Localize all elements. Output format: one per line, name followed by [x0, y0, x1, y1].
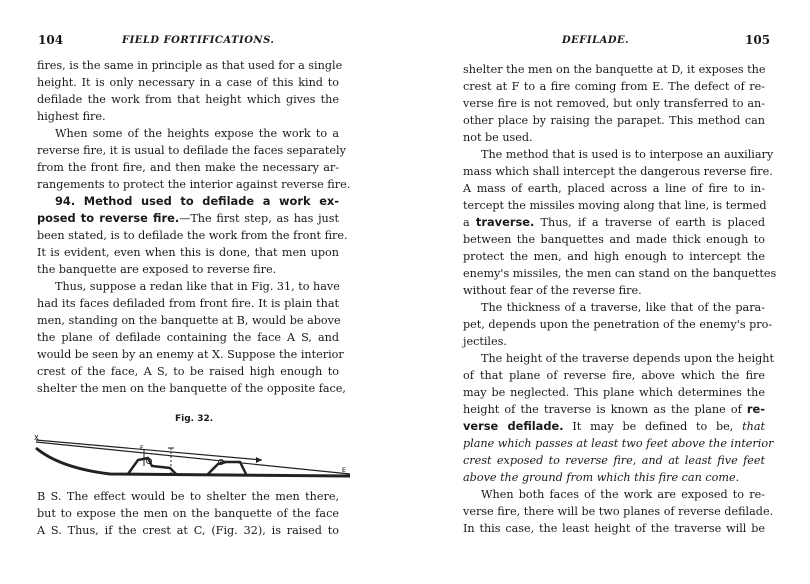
section-heading: 94. Method used to defilade a work ex-: [37, 193, 339, 210]
text-line: rangements to protect the interior again…: [37, 176, 339, 193]
text-line: tercept the missiles moving along that l…: [463, 197, 765, 214]
reverse-defilade-line-1: height of the traverse is known as the p…: [463, 401, 765, 418]
text-line: not be used.: [463, 129, 765, 146]
definition-italic: above the ground from which this fire ca…: [463, 469, 765, 486]
text-line: from the front fire, and then make the n…: [37, 159, 339, 176]
text-line: crest of the face, A S, to be raised hig…: [37, 363, 339, 380]
svg-text:F: F: [140, 445, 144, 452]
text-line: Thus, suppose a redan like that in Fig. …: [37, 278, 339, 295]
svg-text:E: E: [342, 467, 346, 474]
text-line: A S. Thus, if the crest at C, (Fig. 32),…: [37, 522, 339, 539]
text-line: shelter the men on the banquette at D, i…: [463, 61, 765, 78]
text-line: It is evident, even when this is done, t…: [37, 244, 339, 261]
running-title-left: FIELD FORTIFICATIONS.: [122, 35, 274, 46]
traverse-definition-line: a traverse. Thus, if a traverse of earth…: [463, 214, 765, 231]
text-line: enemy's missiles, the men can stand on t…: [463, 265, 765, 282]
figure-caption: Fig. 32.: [175, 414, 213, 424]
text-line: been stated, is to defilade the work fro…: [37, 227, 339, 244]
text-line: verse fire, there will be two planes of …: [463, 503, 765, 520]
svg-text:X: X: [34, 434, 39, 442]
text-line: highest fire.: [37, 108, 339, 125]
text-line: fires, is the same in principle as that …: [37, 57, 339, 74]
text-line: jectiles.: [463, 333, 765, 350]
left-text-bottom: B S. The effect would be to shelter the …: [37, 488, 339, 539]
text-line: of that plane of reverse fire, above whi…: [463, 367, 765, 384]
text-line: protect the men, and high enough to inte…: [463, 248, 765, 265]
text-line: had its faces defiladed from front fire.…: [37, 295, 339, 312]
text-line: mass which shall intercept the dangerous…: [463, 163, 765, 180]
text-line: would be seen by an enemy at X. Suppose …: [37, 346, 339, 363]
text-line: verse fire is not removed, but only tran…: [463, 95, 765, 112]
text-line: In this case, the least height of the tr…: [463, 520, 765, 537]
running-title-right: DEFILADE.: [562, 35, 629, 46]
section-heading-cont: posed to reverse fire.—The first step, a…: [37, 210, 339, 227]
text-line: The height of the traverse depends upon …: [463, 350, 765, 367]
text-line: between the banquettes and made thick en…: [463, 231, 765, 248]
right-text: shelter the men on the banquette at D, i…: [463, 61, 765, 537]
reverse-defilade-line-2: verse defilade. It may be defined to be,…: [463, 418, 765, 435]
left-page: 104 FIELD FORTIFICATIONS. fires, is the …: [0, 0, 400, 584]
definition-italic: crest exposed to reverse fire, and at le…: [463, 452, 765, 469]
right-page: DEFILADE. 105 shelter the men on the ban…: [400, 0, 810, 584]
page-number-left: 104: [38, 33, 63, 47]
text-line: other place by raising the parapet. This…: [463, 112, 765, 129]
figure-32: Fig. 32. X F E: [30, 410, 350, 490]
text-line: without fear of the reverse fire.: [463, 282, 765, 299]
text-line: may be neglected. This plane which deter…: [463, 384, 765, 401]
text-line: defilade the work from that height which…: [37, 91, 339, 108]
page-number-right: 105: [745, 33, 770, 47]
text-line: The method that is used is to interpose …: [463, 146, 765, 163]
text-line: the plane of defilade containing the fac…: [37, 329, 339, 346]
text-line: A mass of earth, placed across a line of…: [463, 180, 765, 197]
text-line: The thickness of a traverse, like that o…: [463, 299, 765, 316]
text-line: the banquette are exposed to reverse fir…: [37, 261, 339, 278]
text-line: reverse fire, it is usual to defilade th…: [37, 142, 339, 159]
left-text-top: fires, is the same in principle as that …: [37, 57, 339, 397]
text-line: height. It is only necessary in a case o…: [37, 74, 339, 91]
text-line: but to expose the men on the banquette o…: [37, 505, 339, 522]
text-line: When both faces of the work are exposed …: [463, 486, 765, 503]
text-line: men, standing on the banquette at B, wou…: [37, 312, 339, 329]
text-line: B S. The effect would be to shelter the …: [37, 488, 339, 505]
text-line: When some of the heights expose the work…: [37, 125, 339, 142]
definition-italic: plane which passes at least two feet abo…: [463, 435, 765, 452]
text-line: pet, depends upon the penetration of the…: [463, 316, 765, 333]
text-line: shelter the men on the banquette of the …: [37, 380, 339, 397]
text-line: crest at F to a fire coming from E. The …: [463, 78, 765, 95]
